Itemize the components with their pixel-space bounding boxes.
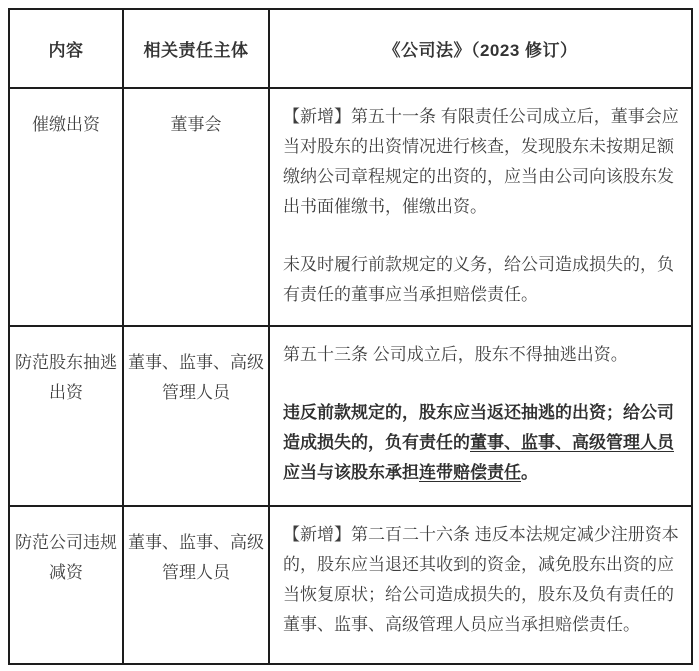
emphasis-segment-underlined: 董事、监事、高级管理人员: [470, 433, 674, 452]
emphasis-segment: 应当与该股东承担: [283, 463, 419, 482]
table-row-withdrawal-of-capital: 防范股东抽逃出资 董事、监事、高级管理人员 第五十三条 公司成立后，股东不得抽逃…: [9, 326, 692, 506]
emphasis-segment: 。: [521, 463, 538, 482]
cell-content: 防范公司违规减资: [9, 506, 123, 664]
table-row-illegal-capital-reduction: 防范公司违规减资 董事、监事、高级管理人员 【新增】第二百二十六条 违反本法规定…: [9, 506, 692, 664]
company-law-table: 内容 相关责任主体 《公司法》（2023 修订） 催缴出资 董事会 【新增】第五…: [8, 8, 693, 665]
cell-law-text: 【新增】第二百二十六条 违反本法规定减少注册资本的，股东应当退还其收到的资金，减…: [269, 506, 692, 664]
document-page: 内容 相关责任主体 《公司法》（2023 修订） 催缴出资 董事会 【新增】第五…: [0, 0, 699, 671]
law-paragraph: 第五十三条 公司成立后，股东不得抽逃出资。: [283, 340, 679, 370]
cell-content: 催缴出资: [9, 88, 123, 326]
header-law: 《公司法》（2023 修订）: [269, 9, 692, 88]
cell-subject: 董事会: [123, 88, 269, 326]
law-paragraph-emphasis: 违反前款规定的，股东应当返还抽逃的出资；给公司造成损失的，负有责任的董事、监事、…: [283, 398, 679, 488]
header-content: 内容: [9, 9, 123, 88]
table-row-call-up-capital: 催缴出资 董事会 【新增】第五十一条 有限责任公司成立后，董事会应当对股东的出资…: [9, 88, 692, 326]
law-paragraph: 【新增】第二百二十六条 违反本法规定减少注册资本的，股东应当退还其收到的资金，减…: [283, 520, 679, 640]
header-row: 内容 相关责任主体 《公司法》（2023 修订）: [9, 9, 692, 88]
emphasis-segment-underlined: 连带赔偿责任: [419, 463, 521, 482]
cell-law-text: 第五十三条 公司成立后，股东不得抽逃出资。 违反前款规定的，股东应当返还抽逃的出…: [269, 326, 692, 506]
cell-law-text: 【新增】第五十一条 有限责任公司成立后，董事会应当对股东的出资情况进行核查，发现…: [269, 88, 692, 326]
header-subject: 相关责任主体: [123, 9, 269, 88]
cell-subject: 董事、监事、高级管理人员: [123, 506, 269, 664]
cell-subject: 董事、监事、高级管理人员: [123, 326, 269, 506]
law-paragraph: 【新增】第五十一条 有限责任公司成立后，董事会应当对股东的出资情况进行核查，发现…: [283, 102, 679, 222]
law-paragraph: 未及时履行前款规定的义务，给公司造成损失的，负有责任的董事应当承担赔偿责任。: [283, 250, 679, 310]
cell-content: 防范股东抽逃出资: [9, 326, 123, 506]
